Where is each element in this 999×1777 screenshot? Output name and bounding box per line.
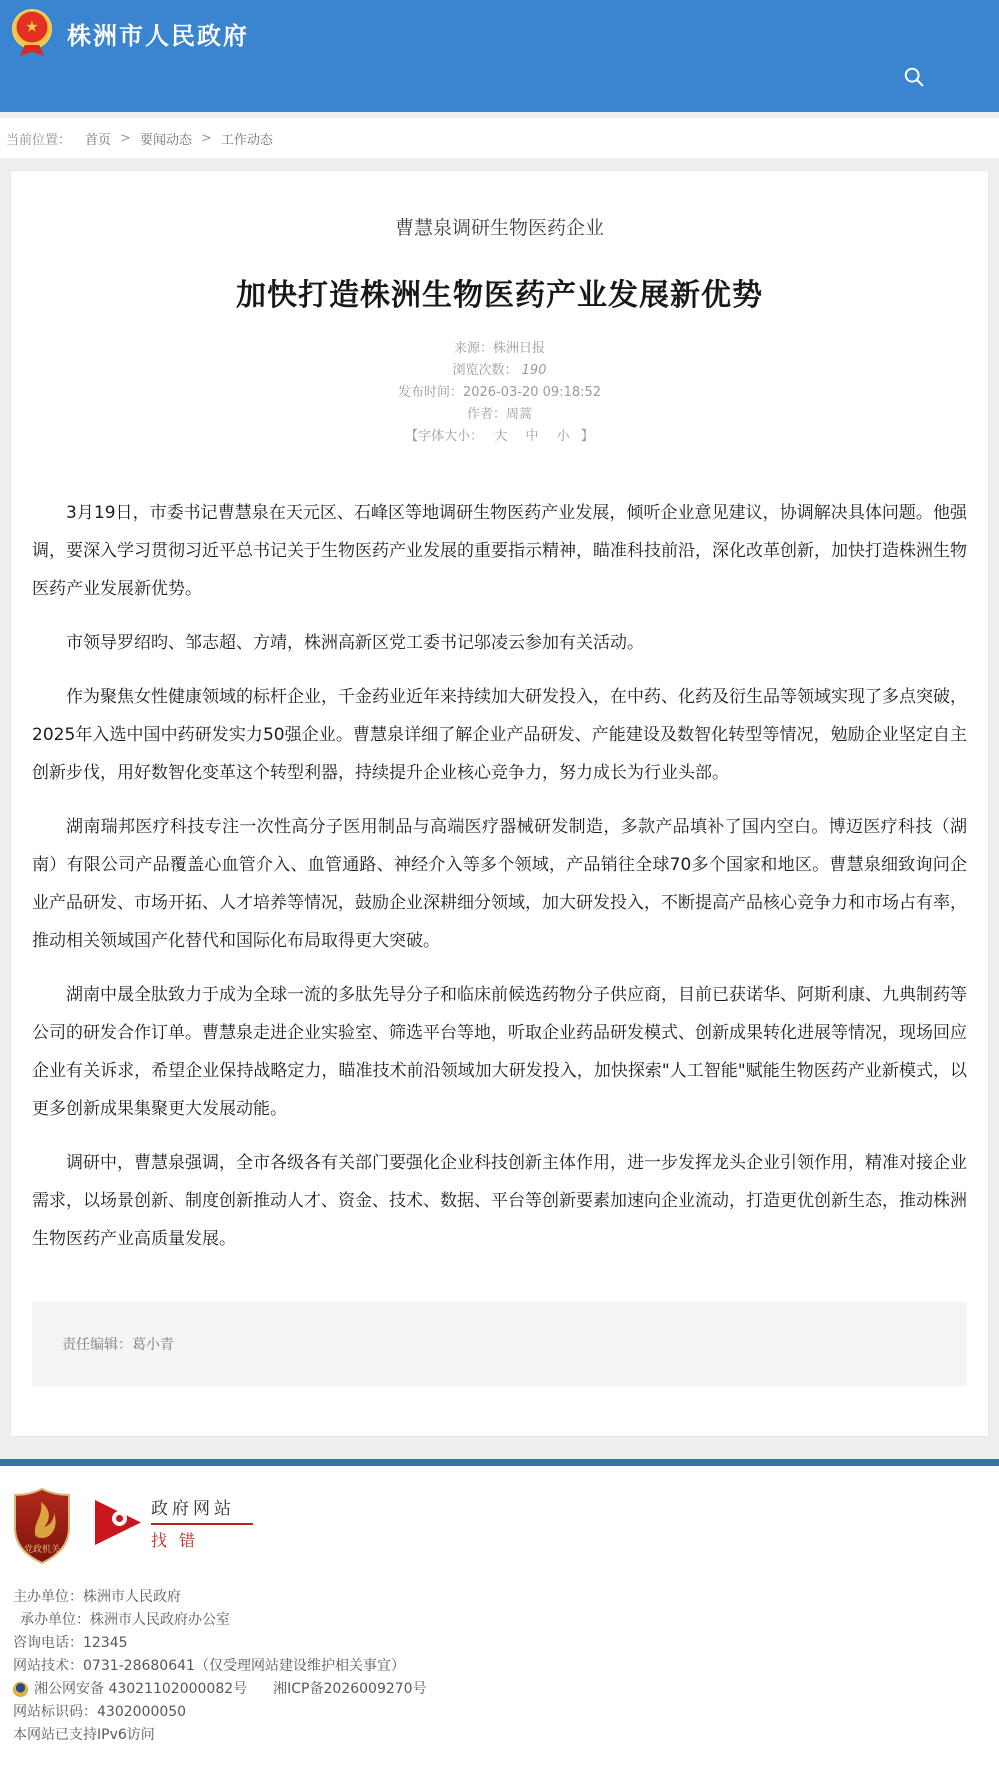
menu-icon[interactable] [951,68,977,87]
party-government-badge-icon[interactable]: 党政机关 [13,1488,71,1568]
search-icon[interactable] [903,66,925,88]
footer-tech-support: 网站技术：0731-28680641（仅受理网站建设维护相关事宜） [13,1655,986,1678]
content-background: 曹慧泉调研生物医药企业 加快打造株洲生物医药产业发展新优势 来源：株洲日报 浏览… [0,158,999,1459]
article-title: 加快打造株洲生物医药产业发展新优势 [32,270,967,314]
editor-bar: 责任编辑： 葛小青 [32,1302,967,1386]
article-paragraph: 市领导罗绍昀、邹志超、方靖，株洲高新区党工委书记邬凌云参加有关活动。 [32,624,967,662]
error-report-flag-icon [95,1499,141,1547]
font-size-control: 【字体大小： 大 中 小 】 [32,426,967,448]
article-subtitle: 曹慧泉调研生物医药企业 [32,213,967,240]
error-report-line1: 政府网站 [151,1494,253,1519]
police-badge-icon [13,1682,28,1697]
icp-record-link[interactable]: 湘ICP备2026009270号 [273,1678,426,1701]
meta-publish-time: 发布时间：2026-03-20 09:18:52 [32,382,967,404]
font-size-label: 【字体大小： [405,429,483,444]
spacer [10,158,989,170]
footer-hotline: 咨询电话：12345 [13,1632,986,1655]
font-size-medium-button[interactable]: 中 [525,429,538,444]
article-paragraph: 3月19日，市委书记曹慧泉在天元区、石峰区等地调研生物医药产业发展，倾听企业意见… [32,494,967,608]
footer-ipv6: 本网站已支持IPv6访问 [13,1724,986,1747]
article-body: 3月19日，市委书记曹慧泉在天元区、石峰区等地调研生物医药产业发展，倾听企业意见… [32,494,967,1258]
error-report-text: 政府网站 找错 [151,1494,253,1551]
breadcrumb-separator: > [201,131,212,146]
font-size-large-button[interactable]: 大 [494,429,507,444]
error-report-line2: 找错 [151,1528,253,1551]
article-paragraph: 湖南瑞邦医疗科技专注一次性高分子医用制品与高端医疗器械研发制造，多款产品填补了国… [32,808,967,960]
breadcrumb-item-news[interactable]: 要闻动态 [140,129,192,148]
site-footer: 党政机关 政府网站 找错 主办单位：株洲市人民政府 承办单位：株洲市人民政府办公… [0,1466,999,1777]
header-nav-icons [903,66,977,88]
svg-text:党政机关: 党政机关 [24,1543,60,1555]
font-size-label-close: 】 [581,429,594,444]
breadcrumb: 当前位置： 首页 > 要闻动态 > 工作动态 [0,118,999,158]
article-paragraph: 作为聚焦女性健康领域的标杆企业，千金药业近年来持续加大研发投入，在中药、化药及衍… [32,678,967,792]
site-header: 株洲市人民政府 [0,0,999,112]
article-meta: 来源：株洲日报 浏览次数： 190 发布时间：2026-03-20 09:18:… [32,338,967,448]
error-report-rule [151,1523,253,1525]
meta-views: 浏览次数： 190 [32,360,967,382]
site-name: 株洲市人民政府 [67,16,249,51]
national-emblem-icon [12,9,54,57]
footer-site-id: 网站标识码：4302000050 [13,1701,986,1724]
breadcrumb-item-home[interactable]: 首页 [85,129,111,148]
article-container: 曹慧泉调研生物医药企业 加快打造株洲生物医药产业发展新优势 来源：株洲日报 浏览… [10,170,989,1437]
editor-name: 葛小青 [132,1334,174,1354]
footer-info: 主办单位：株洲市人民政府 承办单位：株洲市人民政府办公室 咨询电话：12345 … [13,1586,986,1747]
editor-label: 责任编辑： [62,1334,132,1354]
footer-host-org: 主办单位：株洲市人民政府 [13,1586,986,1609]
footer-divider [0,1459,999,1466]
footer-security-records: 湘公网安备 43021102000082号 湘ICP备2026009270号 [13,1678,986,1701]
article-paragraph: 调研中，曹慧泉强调，全市各级各有关部门要强化企业科技创新主体作用，进一步发挥龙头… [32,1144,967,1258]
page: 株洲市人民政府 当前位置： 首页 > 要闻动态 > 工作动态 曹慧泉调研生物医药… [0,0,999,1777]
breadcrumb-separator: > [120,131,131,146]
gov-site-error-report-badge[interactable]: 政府网站 找错 [95,1494,253,1551]
meta-source: 来源：株洲日报 [32,338,967,360]
meta-author: 作者：周蒿 [32,404,967,426]
article-paragraph: 湖南中晟全肽致力于成为全球一流的多肽先导分子和临床前候选药物分子供应商，目前已获… [32,976,967,1128]
breadcrumb-item-work[interactable]: 工作动态 [221,129,273,148]
footer-logos: 党政机关 政府网站 找错 [13,1488,986,1568]
site-logo-link[interactable]: 株洲市人民政府 [0,0,999,57]
footer-undertake-org: 承办单位：株洲市人民政府办公室 [13,1609,986,1632]
gongan-record-link[interactable]: 湘公网安备 43021102000082号 [34,1678,247,1701]
magnifier-icon [112,1511,127,1526]
breadcrumb-label: 当前位置： [6,129,71,148]
font-size-small-button[interactable]: 小 [557,429,570,444]
